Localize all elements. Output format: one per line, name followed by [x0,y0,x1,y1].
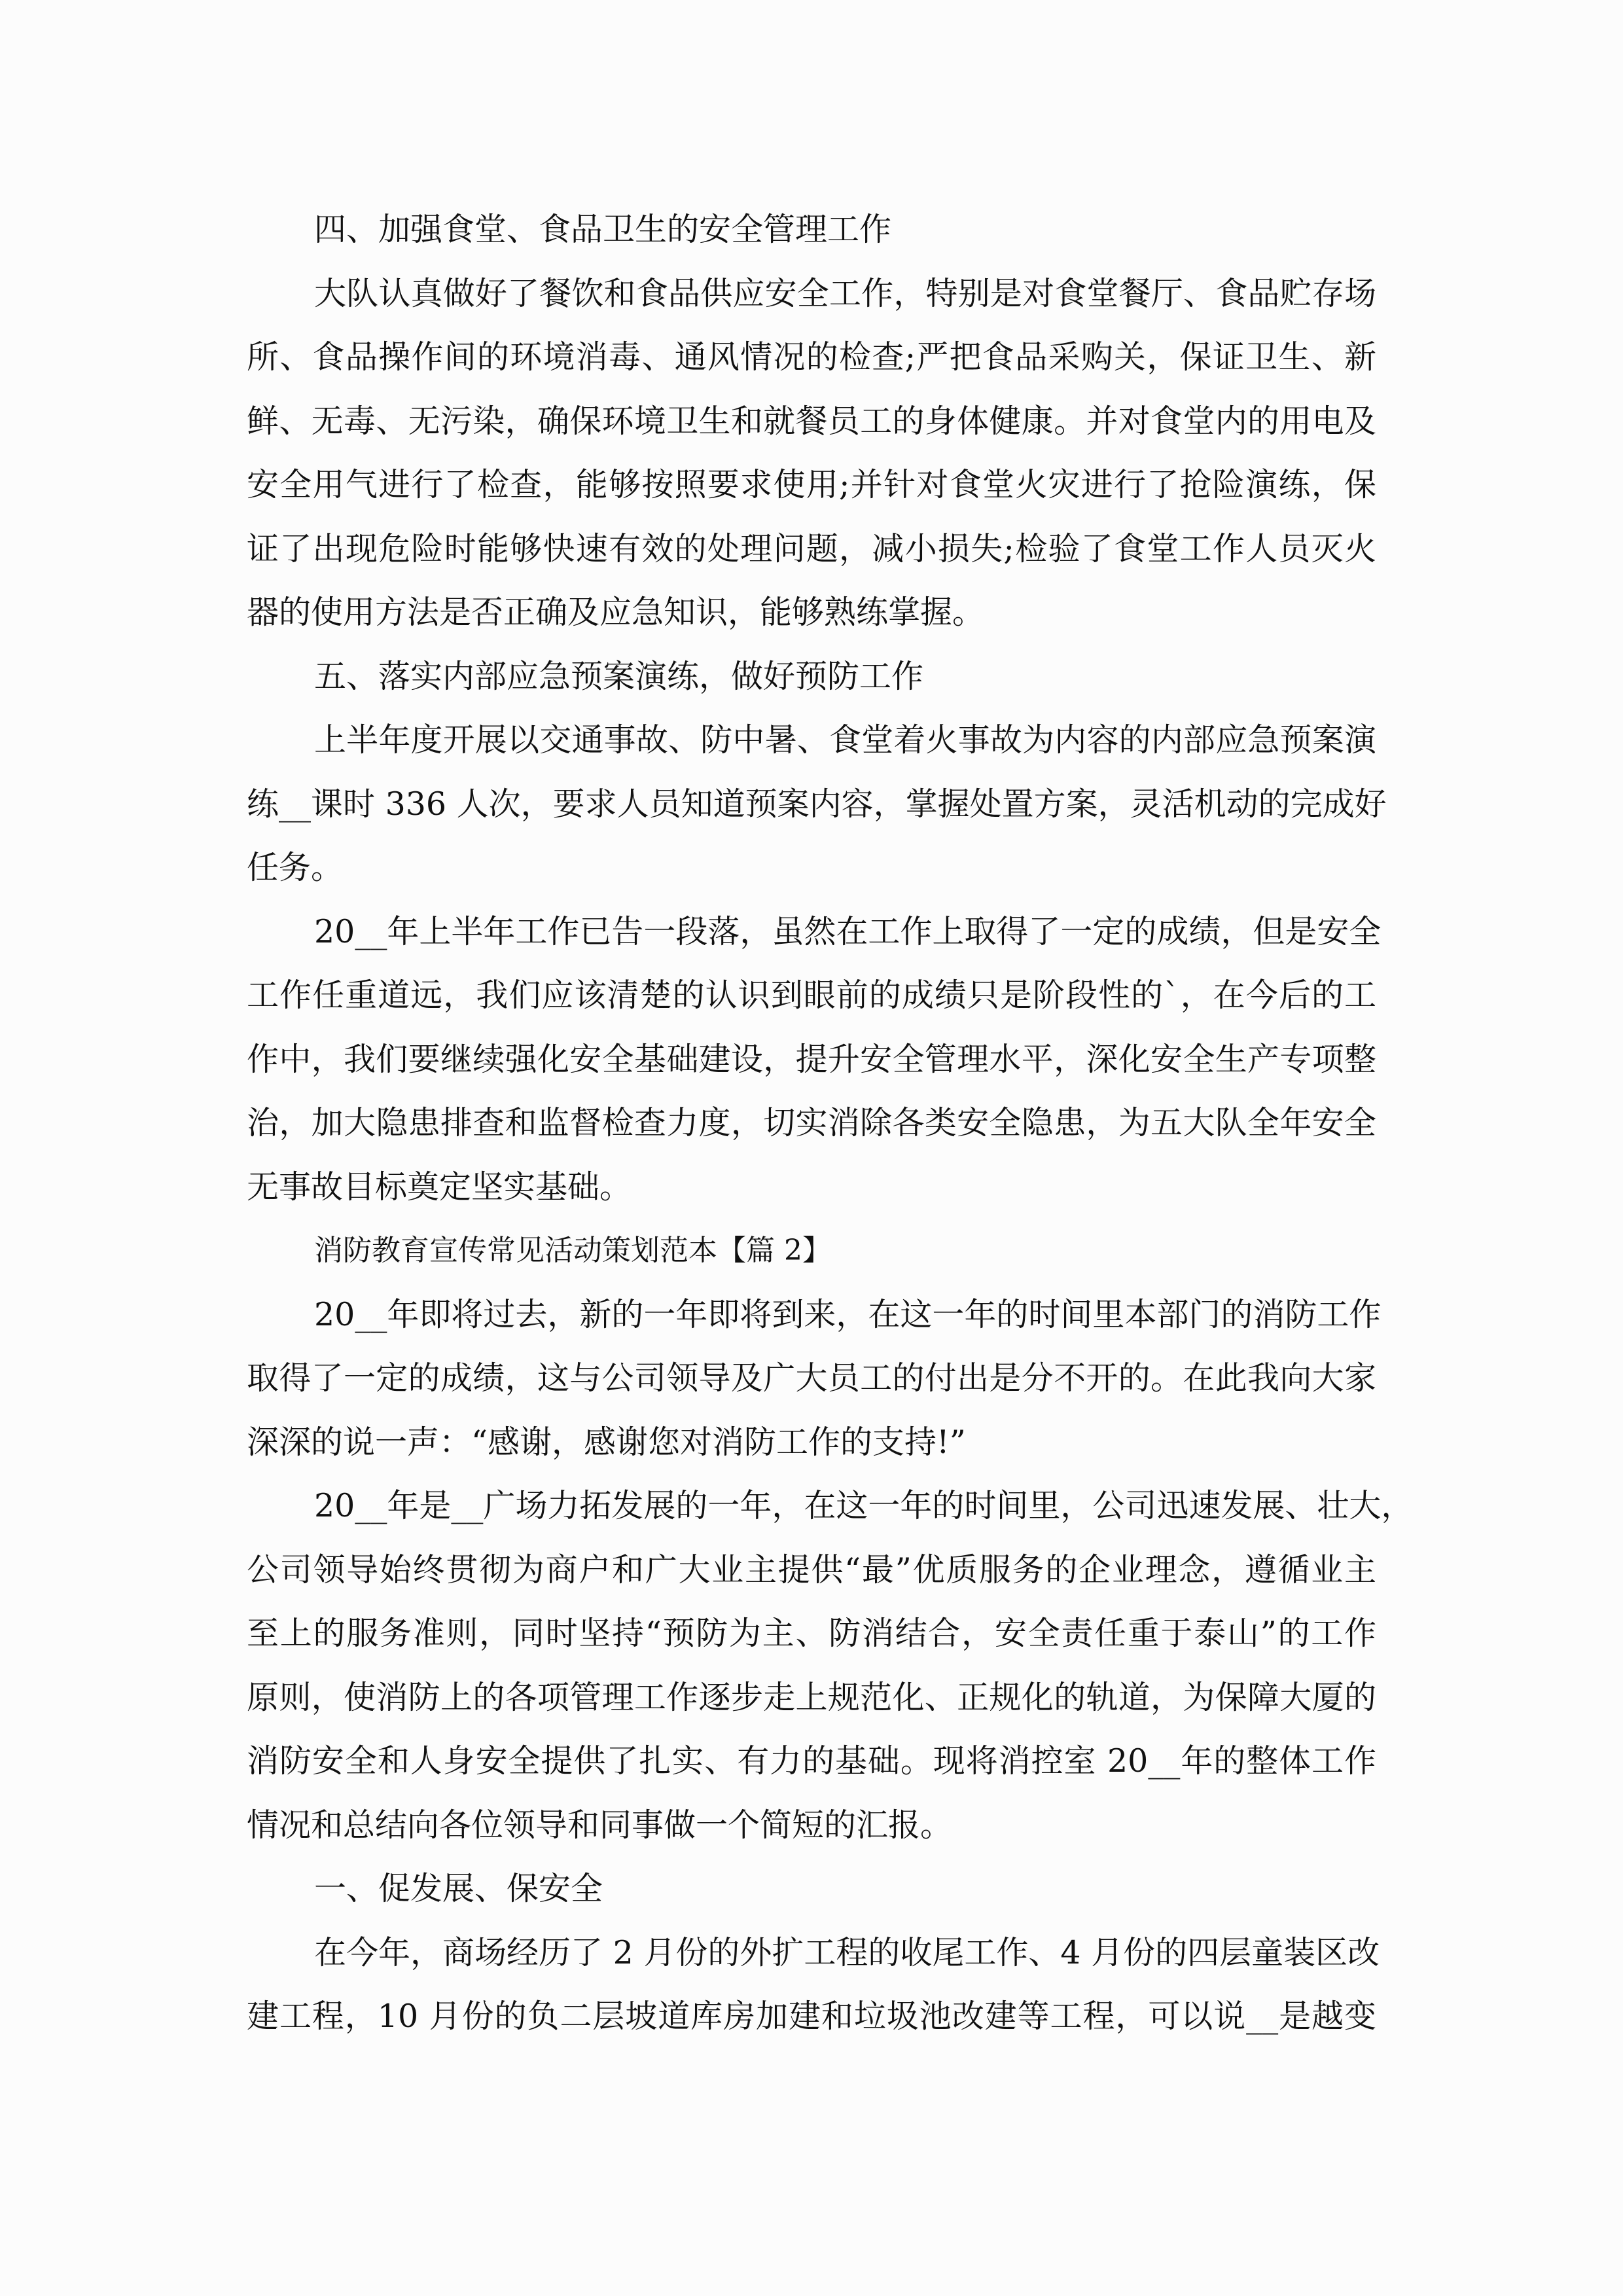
paragraph-line: 治，加大隐患排查和监督检查力度，切实消除各类安全隐患，为五大队全年安全 [247,1091,1376,1155]
paragraph-line: 公司领导始终贯彻为商户和广大业主提供“最”优质服务的企业理念，遵循业主 [247,1538,1376,1602]
paragraph-line: 上半年度开展以交通事故、防中暑、食堂着火事故为内容的内部应急预案演 [247,708,1376,772]
paragraph-line: 深深的说一声：“感谢，感谢您对消防工作的支持!” [247,1410,1376,1475]
paragraph-line: 消防安全和人身安全提供了扎实、有力的基础。现将消控室 20__年的整体工作 [247,1729,1376,1793]
text-column: 四、加强食堂、食品卫生的安全管理工作 大队认真做好了餐饮和食品供应安全工作，特别… [247,198,1376,2049]
paragraph-line: 工作任重道远，我们应该清楚的认识到眼前的成绩只是阶段性的`，在今后的工 [247,963,1376,1028]
paragraph-line: 20__年上半年工作已告一段落，虽然在工作上取得了一定的成绩，但是安全 [247,900,1376,964]
paragraph-line: 器的使用方法是否正确及应急知识，能够熟练掌握。 [247,581,1376,645]
paragraph-line: 鲜、无毒、无污染，确保环境卫生和就餐员工的身体健康。并对食堂内的用电及 [247,389,1376,454]
paragraph-line: 无事故目标奠定坚实基础。 [247,1155,1376,1219]
paragraph-line: 证了出现危险时能够快速有效的处理问题，减小损失;检验了食堂工作人员灭火 [247,517,1376,581]
paragraph-line: 任务。 [247,836,1376,900]
section-heading-development-safety: 一、促发展、保安全 [247,1857,1376,1921]
paragraph-line: 所、食品操作间的环境消毒、通风情况的检查;严把食品采购关，保证卫生、新 [247,325,1376,389]
paragraph-line: 20__年即将过去，新的一年即将到来，在这一年的时间里本部门的消防工作 [247,1283,1376,1347]
paragraph-line: 在今年，商场经历了 2 月份的外扩工程的收尾工作、4 月份的四层童装区改 [247,1921,1376,1985]
paragraph-line: 建工程，10 月份的负二层坡道库房加建和垃圾池改建等工程，可以说__是越变 [247,1984,1376,2049]
document-page: 四、加强食堂、食品卫生的安全管理工作 大队认真做好了餐饮和食品供应安全工作，特别… [0,0,1623,2296]
paragraph-line: 至上的服务准则，同时坚持“预防为主、防消结合，安全责任重于泰山”的工作 [247,1602,1376,1666]
paragraph-line: 情况和总结向各位领导和同事做一个简短的汇报。 [247,1793,1376,1857]
paragraph-line: 大队认真做好了餐饮和食品供应安全工作，特别是对食堂餐厅、食品贮存场 [247,262,1376,326]
section-heading-emergency-drill: 五、落实内部应急预案演练，做好预防工作 [247,645,1376,709]
paragraph-line: 原则，使消防上的各项管理工作逐步走上规范化、正规化的轨道，为保障大厦的 [247,1666,1376,1730]
paragraph-line: 安全用气进行了检查，能够按照要求使用;并针对食堂火灾进行了抢险演练，保 [247,453,1376,517]
article-title: 消防教育宣传常见活动策划范本【篇 2】 [247,1219,1376,1283]
paragraph-line: 20__年是__广场力拓发展的一年，在这一年的时间里，公司迅速发展、壮大， [247,1474,1376,1538]
section-heading-canteen-safety: 四、加强食堂、食品卫生的安全管理工作 [247,198,1376,262]
paragraph-line: 作中，我们要继续强化安全基础建设，提升安全管理水平，深化安全生产专项整 [247,1028,1376,1092]
paragraph-line: 取得了一定的成绩，这与公司领导及广大员工的付出是分不开的。在此我向大家 [247,1346,1376,1410]
paragraph-line: 练__课时 336 人次，要求人员知道预案内容，掌握处置方案，灵活机动的完成好 [247,772,1376,836]
